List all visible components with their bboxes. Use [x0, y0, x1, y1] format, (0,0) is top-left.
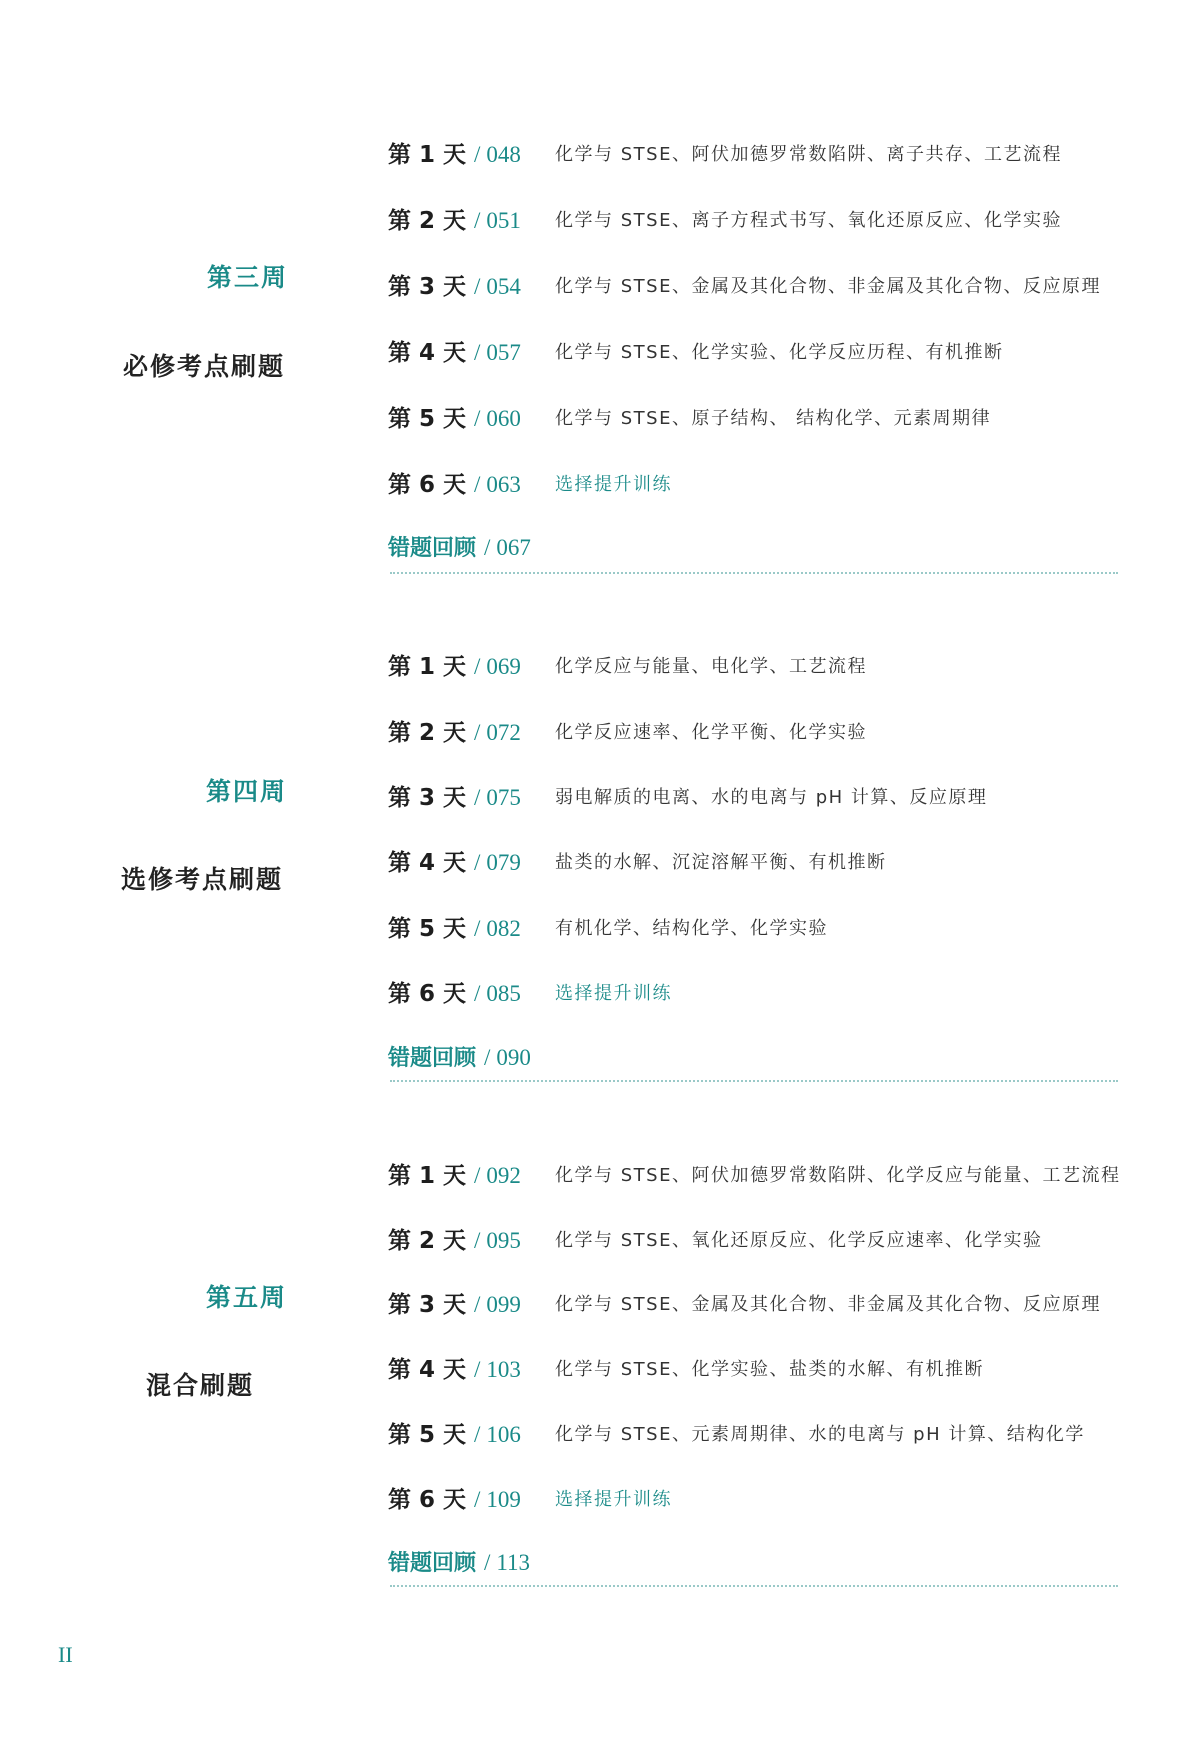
day-label: 第 3 天 [388, 1286, 466, 1319]
week-title: 第三周 [88, 258, 288, 294]
toc-entry[interactable]: 第 4 天/079 盐类的水解、沉淀溶解平衡、有机推断 [388, 844, 546, 874]
page-ref: 113 [496, 1550, 556, 1576]
page-ref: 048 [486, 142, 546, 168]
separator: / [474, 916, 480, 942]
page-ref: 092 [486, 1163, 546, 1189]
topics: 化学与 STSE、化学实验、化学反应历程、有机推断 [555, 338, 1003, 364]
separator: / [474, 406, 480, 432]
day-label: 第 3 天 [388, 779, 466, 812]
topics: 化学与 STSE、离子方程式书写、氧化还原反应、化学实验 [555, 206, 1062, 232]
toc-entry[interactable]: 第 1 天/069 化学反应与能量、电化学、工艺流程 [388, 648, 546, 678]
toc-entry[interactable]: 第 6 天/085 选择提升训练 [388, 975, 546, 1005]
separator: / [474, 1292, 480, 1318]
page-ref: 075 [486, 785, 546, 811]
day-label: 第 1 天 [388, 648, 466, 681]
page-ref: 082 [486, 916, 546, 942]
separator: / [484, 1045, 490, 1071]
toc-entry[interactable]: 第 4 天/057 化学与 STSE、化学实验、化学反应历程、有机推断 [388, 334, 546, 364]
topics: 选择提升训练 [555, 1485, 672, 1511]
toc-entry[interactable]: 第 3 天/075 弱电解质的电离、水的电离与 pH 计算、反应原理 [388, 779, 546, 809]
page-ref: 099 [486, 1292, 546, 1318]
separator: / [474, 208, 480, 234]
toc-entry[interactable]: 第 2 天/095 化学与 STSE、氧化还原反应、化学反应速率、化学实验 [388, 1222, 546, 1252]
topics: 选择提升训练 [555, 470, 672, 496]
day-label: 第 2 天 [388, 714, 466, 747]
page-ref: 063 [486, 472, 546, 498]
toc-entry[interactable]: 第 5 天/082 有机化学、结构化学、化学实验 [388, 910, 546, 940]
toc-entry[interactable]: 第 6 天/109 选择提升训练 [388, 1481, 546, 1511]
separator: / [474, 1163, 480, 1189]
page-ref: 069 [486, 654, 546, 680]
separator: / [474, 720, 480, 746]
topics: 化学与 STSE、原子结构、 结构化学、元素周期律 [555, 404, 991, 430]
topics: 化学与 STSE、金属及其化合物、非金属及其化合物、反应原理 [555, 1290, 1101, 1316]
separator: / [474, 274, 480, 300]
day-label: 第 3 天 [388, 268, 466, 301]
page-ref: 067 [496, 535, 556, 561]
toc-entry[interactable]: 第 3 天/099 化学与 STSE、金属及其化合物、非金属及其化合物、反应原理 [388, 1286, 546, 1316]
topics: 盐类的水解、沉淀溶解平衡、有机推断 [555, 848, 887, 874]
week-subtitle: 必修考点刷题 [84, 347, 324, 383]
separator: / [474, 850, 480, 876]
separator: / [474, 1487, 480, 1513]
day-label: 第 1 天 [388, 1157, 466, 1190]
day-label: 第 6 天 [388, 466, 466, 499]
day-label: 第 4 天 [388, 844, 466, 877]
review-entry[interactable]: 错题回顾/113 [388, 1546, 556, 1576]
page-ref: 060 [486, 406, 546, 432]
page-ref: 085 [486, 981, 546, 1007]
day-label: 第 1 天 [388, 136, 466, 169]
separator: / [474, 654, 480, 680]
day-label: 第 4 天 [388, 1351, 466, 1384]
separator: / [484, 1550, 490, 1576]
separator: / [474, 472, 480, 498]
week-subtitle: 混合刷题 [80, 1366, 320, 1402]
separator: / [474, 785, 480, 811]
toc-entry[interactable]: 第 5 天/060 化学与 STSE、原子结构、 结构化学、元素周期律 [388, 400, 546, 430]
week-subtitle: 选修考点刷题 [82, 860, 322, 896]
topics: 化学与 STSE、化学实验、盐类的水解、有机推断 [555, 1355, 984, 1381]
week-title: 第五周 [87, 1278, 287, 1314]
topics: 化学与 STSE、氧化还原反应、化学反应速率、化学实验 [555, 1226, 1042, 1252]
page-ref: 079 [486, 850, 546, 876]
separator: / [484, 535, 490, 561]
section-divider [390, 1080, 1118, 1082]
topics: 化学与 STSE、元素周期律、水的电离与 pH 计算、结构化学 [555, 1420, 1085, 1446]
day-label: 第 6 天 [388, 1481, 466, 1514]
topics: 有机化学、结构化学、化学实验 [555, 914, 828, 940]
topics: 化学与 STSE、阿伏加德罗常数陷阱、离子共存、工艺流程 [555, 140, 1062, 166]
toc-entry[interactable]: 第 5 天/106 化学与 STSE、元素周期律、水的电离与 pH 计算、结构化… [388, 1416, 546, 1446]
section-divider [390, 572, 1118, 574]
topics: 化学与 STSE、阿伏加德罗常数陷阱、化学反应与能量、工艺流程 [555, 1161, 1120, 1187]
separator: / [474, 142, 480, 168]
page-number: II [58, 1642, 73, 1668]
page-ref: 106 [486, 1422, 546, 1448]
toc-entry[interactable]: 第 1 天/048 化学与 STSE、阿伏加德罗常数陷阱、离子共存、工艺流程 [388, 136, 546, 166]
page-ref: 057 [486, 340, 546, 366]
review-label: 错题回顾 [388, 1546, 476, 1577]
page-ref: 051 [486, 208, 546, 234]
separator: / [474, 981, 480, 1007]
topics: 选择提升训练 [555, 979, 672, 1005]
topics: 弱电解质的电离、水的电离与 pH 计算、反应原理 [555, 783, 987, 809]
toc-entry[interactable]: 第 2 天/051 化学与 STSE、离子方程式书写、氧化还原反应、化学实验 [388, 202, 546, 232]
week-title: 第四周 [87, 772, 287, 808]
review-label: 错题回顾 [388, 1041, 476, 1072]
separator: / [474, 1228, 480, 1254]
page-ref: 103 [486, 1357, 546, 1383]
review-label: 错题回顾 [388, 531, 476, 562]
topics: 化学反应与能量、电化学、工艺流程 [555, 652, 867, 678]
separator: / [474, 1422, 480, 1448]
day-label: 第 2 天 [388, 202, 466, 235]
day-label: 第 5 天 [388, 1416, 466, 1449]
toc-entry[interactable]: 第 2 天/072 化学反应速率、化学平衡、化学实验 [388, 714, 546, 744]
toc-entry[interactable]: 第 3 天/054 化学与 STSE、金属及其化合物、非金属及其化合物、反应原理 [388, 268, 546, 298]
day-label: 第 5 天 [388, 400, 466, 433]
review-entry[interactable]: 错题回顾/067 [388, 531, 556, 561]
separator: / [474, 1357, 480, 1383]
day-label: 第 2 天 [388, 1222, 466, 1255]
separator: / [474, 340, 480, 366]
day-label: 第 6 天 [388, 975, 466, 1008]
page-ref: 054 [486, 274, 546, 300]
toc-entry[interactable]: 第 1 天/092 化学与 STSE、阿伏加德罗常数陷阱、化学反应与能量、工艺流… [388, 1157, 546, 1187]
page-ref: 095 [486, 1228, 546, 1254]
page-ref: 072 [486, 720, 546, 746]
page-ref: 109 [486, 1487, 546, 1513]
section-divider [390, 1585, 1118, 1587]
toc-entry[interactable]: 第 4 天/103 化学与 STSE、化学实验、盐类的水解、有机推断 [388, 1351, 546, 1381]
day-label: 第 4 天 [388, 334, 466, 367]
toc-entry[interactable]: 第 6 天/063 选择提升训练 [388, 466, 546, 496]
topics: 化学反应速率、化学平衡、化学实验 [555, 718, 867, 744]
topics: 化学与 STSE、金属及其化合物、非金属及其化合物、反应原理 [555, 272, 1101, 298]
day-label: 第 5 天 [388, 910, 466, 943]
review-entry[interactable]: 错题回顾/090 [388, 1041, 556, 1071]
page-ref: 090 [496, 1045, 556, 1071]
